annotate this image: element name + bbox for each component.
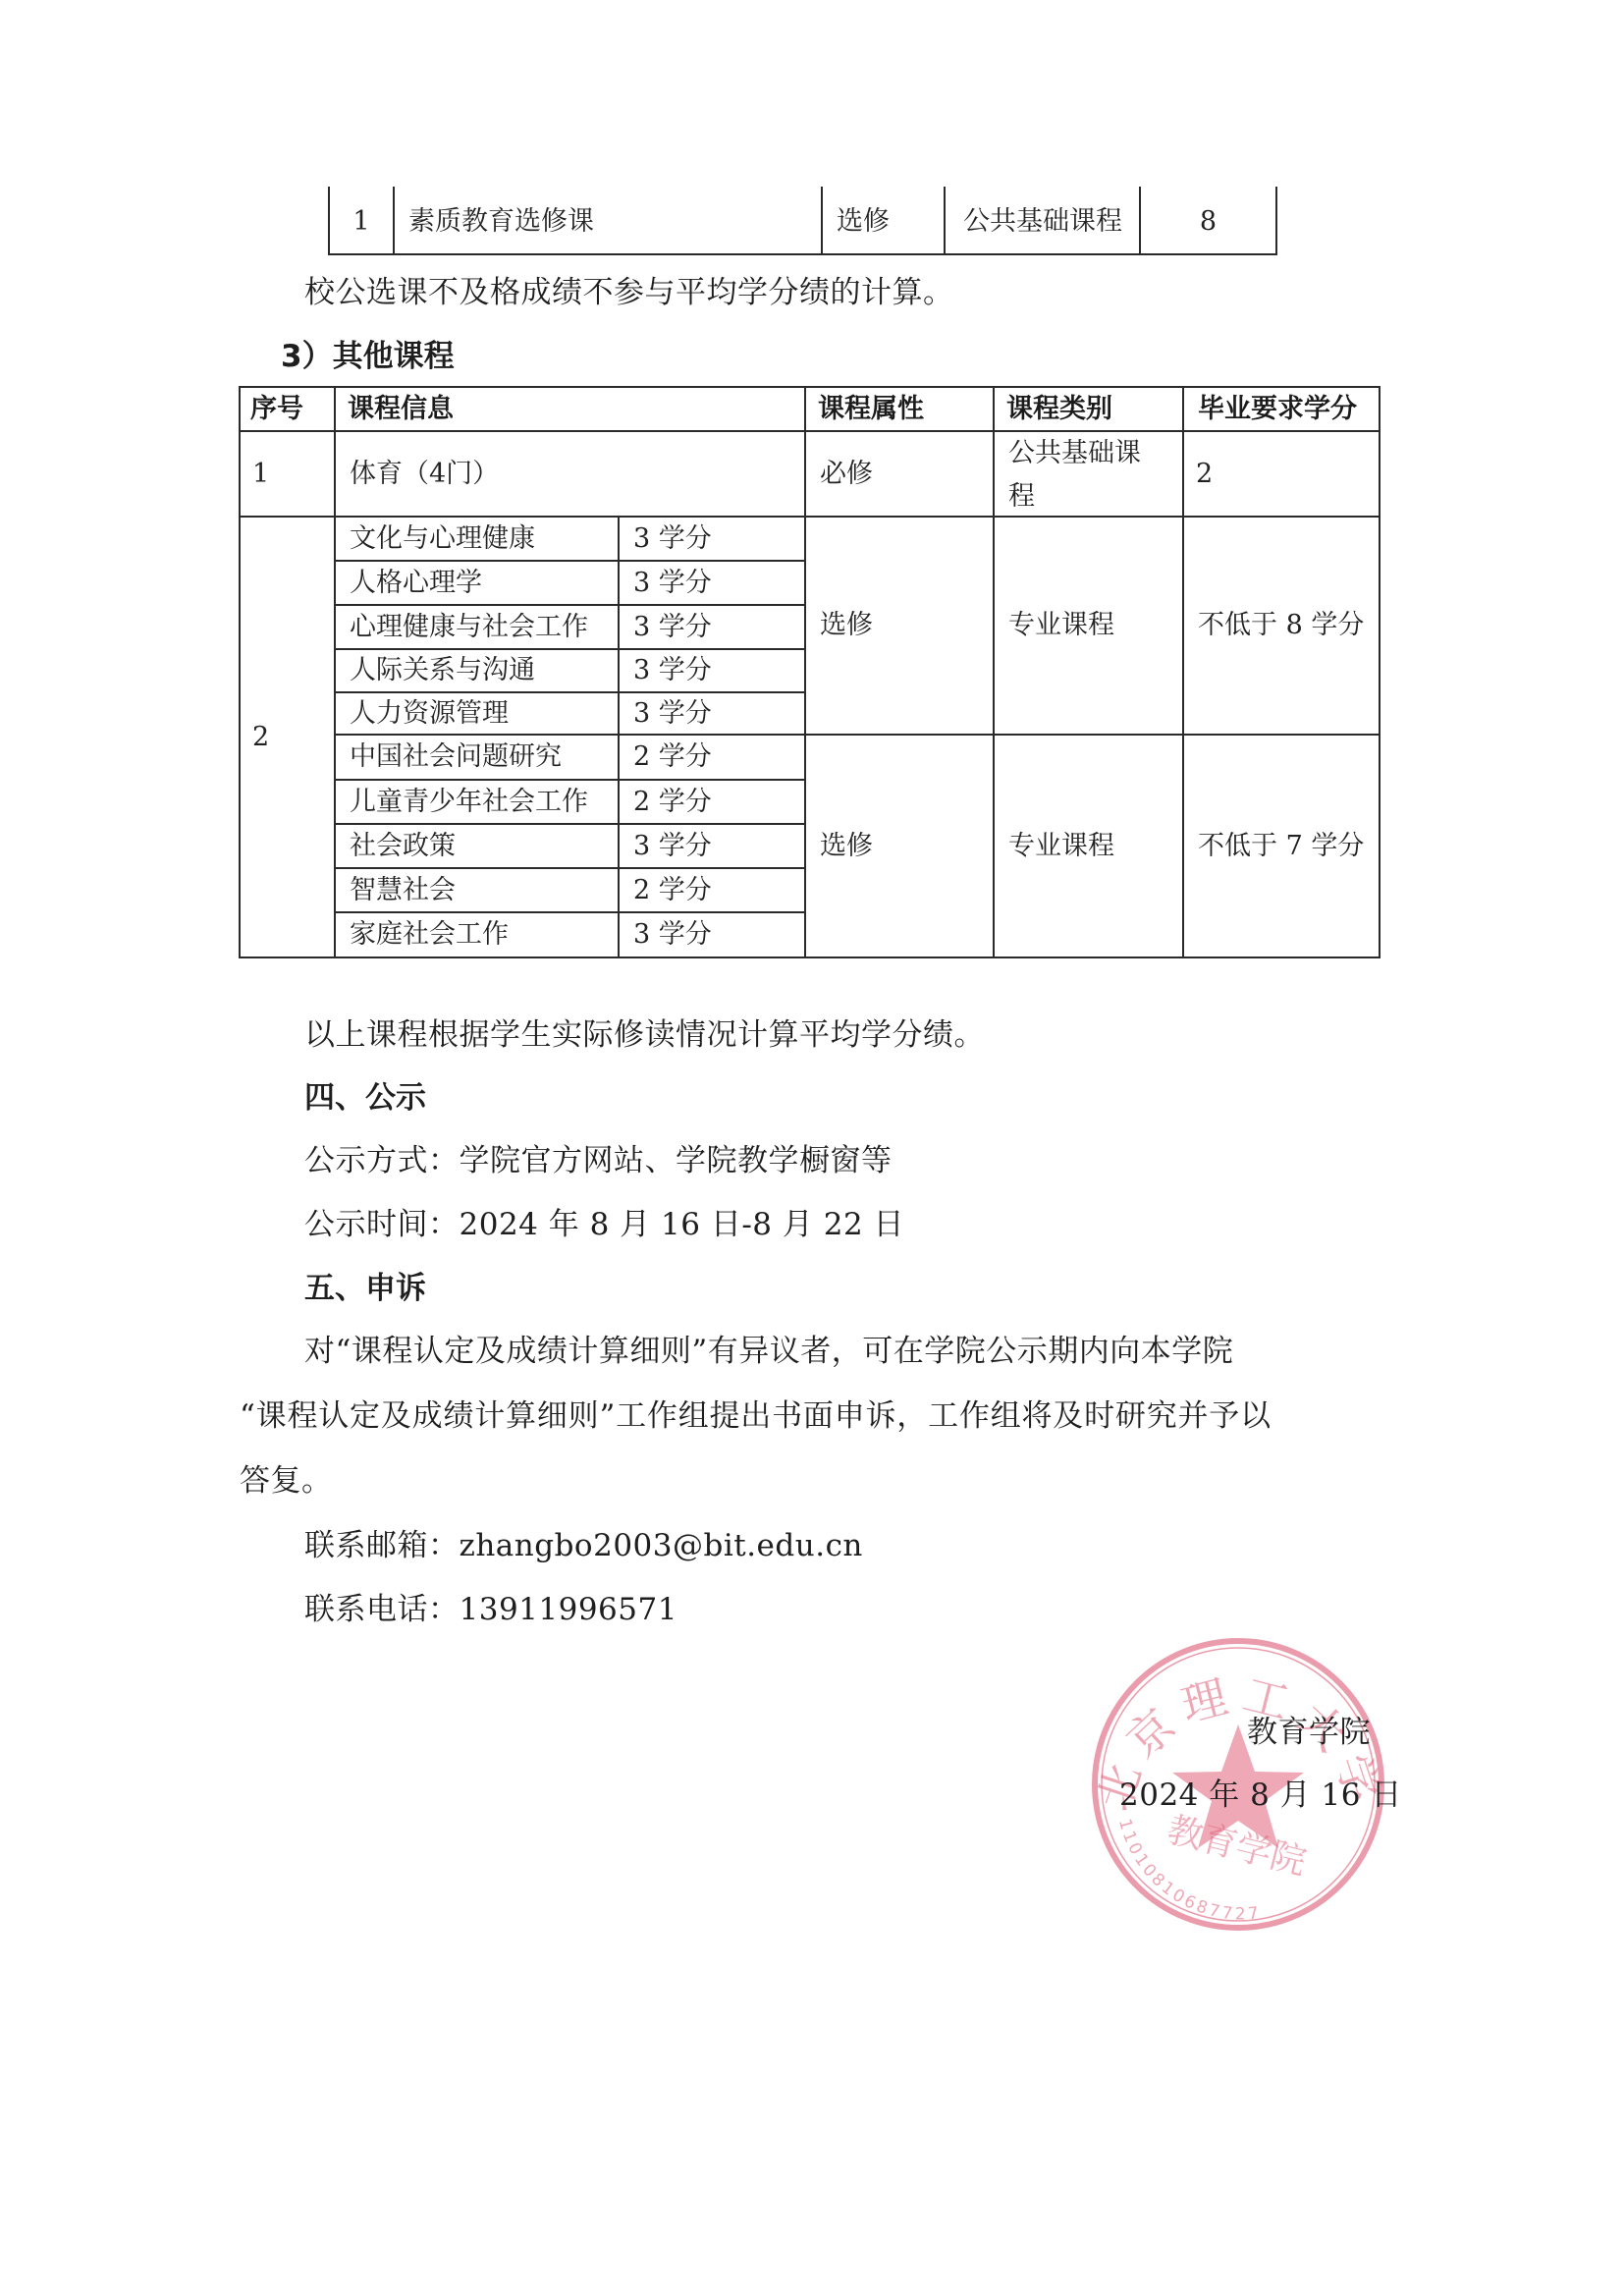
table-cell-attribute: 选修 <box>806 518 993 734</box>
course-name: 中国社会问题研究 <box>336 736 618 779</box>
table-border <box>239 957 1380 958</box>
contact-phone: 联系电话：13911996571 <box>304 1592 677 1627</box>
appeal-text-line-2: “课程认定及成绩计算细则”工作组提出书面申诉，工作组将及时研究并予以 <box>240 1398 1272 1434</box>
table-cell-no: 1 <box>241 432 334 516</box>
table-header-attribute: 课程属性 <box>806 388 993 430</box>
course-name: 心理健康与社会工作 <box>336 606 618 648</box>
course-name: 文化与心理健康 <box>336 518 618 560</box>
appeal-text-line-1: 对“课程认定及成绩计算细则”有异议者，可在学院公示期内向本学院 <box>304 1334 1233 1369</box>
section-heading-publicity: 四、公示 <box>304 1080 426 1116</box>
seal-center-text: 教育学院 <box>1164 1810 1311 1884</box>
table-cell-category: 专业课程 <box>995 518 1182 734</box>
table-border <box>1379 386 1380 958</box>
course-name: 家庭社会工作 <box>336 913 618 957</box>
course-credit: 2 学分 <box>620 869 804 911</box>
section-heading-appeal: 五、申诉 <box>304 1271 426 1306</box>
note-elective: 校公选课不及格成绩不参与平均学分绩的计算。 <box>304 275 954 310</box>
course-credit: 3 学分 <box>620 606 804 648</box>
course-credit: 3 学分 <box>620 825 804 867</box>
table-header-credits: 毕业要求学分 <box>1184 388 1379 430</box>
table-cell-attribute: 选修 <box>823 191 944 253</box>
table-header-category: 课程类别 <box>995 388 1182 430</box>
table-border <box>328 253 1277 255</box>
table-header-no: 序号 <box>241 388 334 430</box>
signature-org: 教育学院 <box>1247 1715 1371 1750</box>
seal-code-text: 11010810687727 <box>1114 1817 1263 1925</box>
table-cell-category: 公共基础课程 <box>946 191 1139 253</box>
table-cell-credits: 不低于 8 学分 <box>1184 518 1379 734</box>
course-name: 社会政策 <box>336 825 618 867</box>
note-gpa: 以上课程根据学生实际修读情况计算平均学分绩。 <box>304 1017 985 1053</box>
table-cell-credits: 8 <box>1141 191 1275 253</box>
table-cell-category: 公共基础课程 <box>995 432 1142 516</box>
publicity-time: 公示时间：2024 年 8 月 16 日-8 月 22 日 <box>304 1207 904 1242</box>
course-name: 儿童青少年社会工作 <box>336 781 618 823</box>
course-name: 智慧社会 <box>336 869 618 911</box>
table-cell-attribute: 选修 <box>806 736 993 957</box>
course-name: 人格心理学 <box>336 562 618 604</box>
course-name: 人际关系与沟通 <box>336 650 618 691</box>
appeal-text-line-3: 答复。 <box>240 1463 333 1499</box>
table-cell-credits: 不低于 7 学分 <box>1184 736 1379 957</box>
table-header-course-info: 课程信息 <box>336 388 804 430</box>
signature-date: 2024 年 8 月 16 日 <box>1119 1777 1402 1813</box>
section-heading-other-courses: 3）其他课程 <box>281 339 455 374</box>
table-cell-credits: 2 <box>1184 432 1379 516</box>
course-credit: 2 学分 <box>620 781 804 823</box>
table-cell-no: 1 <box>330 191 393 253</box>
table-cell-attribute: 必修 <box>806 432 993 516</box>
publicity-method: 公示方式：学院官方网站、学院教学橱窗等 <box>304 1143 893 1178</box>
course-credit: 3 学分 <box>620 650 804 691</box>
course-name: 人力资源管理 <box>336 693 618 734</box>
table-border <box>1275 187 1277 255</box>
table-cell-name: 体育（4门） <box>336 432 804 516</box>
table-cell-no: 2 <box>241 518 334 957</box>
course-credit: 3 学分 <box>620 562 804 604</box>
course-credit: 2 学分 <box>620 736 804 779</box>
course-credit: 3 学分 <box>620 518 804 560</box>
contact-email: 联系邮箱：zhangbo2003@bit.edu.cn <box>304 1528 863 1563</box>
course-credit: 3 学分 <box>620 913 804 957</box>
course-credit: 3 学分 <box>620 693 804 734</box>
table-cell-category: 专业课程 <box>995 736 1182 957</box>
table-cell-name: 素质教育选修课 <box>395 191 821 253</box>
